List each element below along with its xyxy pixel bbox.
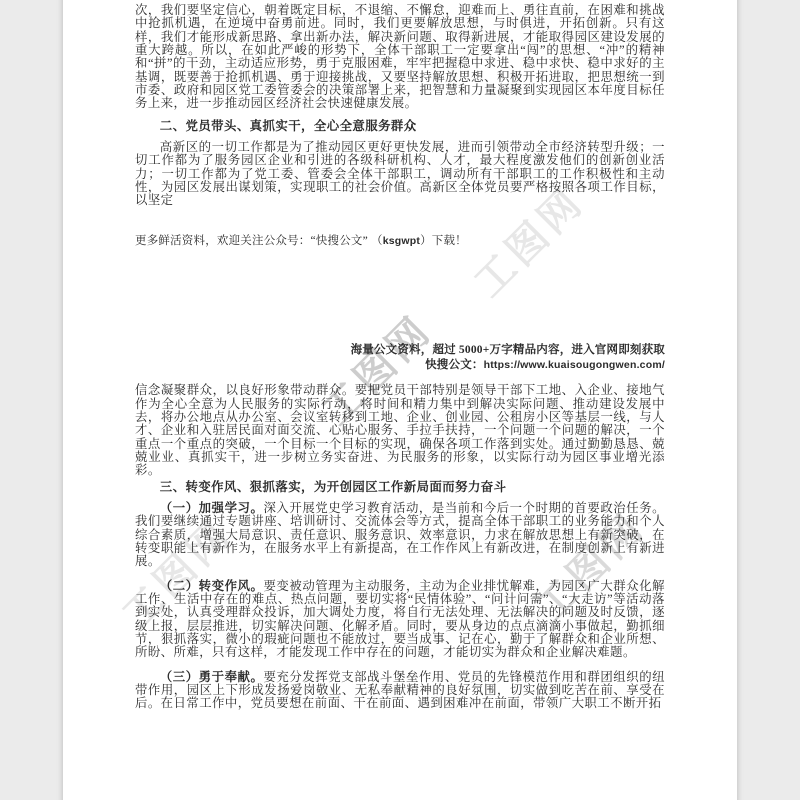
section-heading-3: 三、转变作风、狠抓落实，为开创园区工作新局面而努力奋斗 (135, 481, 665, 494)
promo-note-line: 更多鲜活资料，欢迎关注公众号：“快搜公文” （ksgwpt）下载！ (135, 235, 665, 248)
promo-center-line2: 快搜公文：https://www.kuaisougongwen.com/ (135, 358, 665, 373)
body-paragraph-continuation-1: 次，我们要坚定信心，朝着既定目标，不退缩、不懈怠，迎难而上、勇往直前，在困难和挑… (135, 4, 665, 111)
subsection-2-lead: （二）转变作风。 (160, 579, 264, 593)
subsection-3: （三）勇于奉献。要充分发挥党支部战斗堡垒作用、党员的先锋模范作用和群团组织的纽带… (135, 671, 665, 711)
blank-gap (135, 248, 665, 343)
subsection-1: （一）加强学习。深入开展党史学习教育活动，是当前和今后一个时期的首要政治任务。我… (135, 502, 665, 569)
document-page: 工图网 工图网 工图网 工图网 次，我们要坚定信心，朝着既定目标，不退缩、不懈怠… (63, 0, 737, 800)
document-viewport[interactable]: 工图网 工图网 工图网 工图网 次，我们要坚定信心，朝着既定目标，不退缩、不懈怠… (0, 0, 800, 800)
promo-site-label: 快搜公文： (425, 359, 484, 371)
promo-note-suffix: ）下载！ (420, 235, 467, 247)
subsection-1-lead: （一）加强学习。 (160, 501, 264, 515)
subsection-3-lead: （三）勇于奉献。 (160, 670, 264, 684)
body-paragraph-2: 高新区的一切工作都是为了推动园区更好更快发展，进而引领带动全市经济转型升级；一切… (135, 141, 665, 208)
section-heading-2: 二、党员带头、真抓实干，全心全意服务群众 (135, 120, 665, 133)
promo-note-wechat-id: ksgwpt (383, 235, 420, 247)
promo-center-line1: 海量公文资料，超过 5000+万字精品内容，进入官网即刻获取 (135, 343, 665, 358)
document-content: 次，我们要坚定信心，朝着既定目标，不退缩、不懈怠，迎难而上、勇往直前，在困难和挑… (63, 0, 737, 711)
promo-note-text: 更多鲜活资料，欢迎关注公众号：“快搜公文” （ (135, 235, 383, 247)
subsection-2: （二）转变作风。要变被动管理为主动服务，主动为企业排忧解难，为园区广大群众化解工… (135, 580, 665, 660)
body-paragraph-continuation-3: 信念凝聚群众，以良好形象带动群众。要把党员干部特别是领导干部下工地、入企业、接地… (135, 384, 665, 477)
promo-site-url: https://www.kuaisougongwen.com/ (484, 359, 665, 371)
promo-center-block: 海量公文资料，超过 5000+万字精品内容，进入官网即刻获取 快搜公文：http… (135, 343, 665, 373)
